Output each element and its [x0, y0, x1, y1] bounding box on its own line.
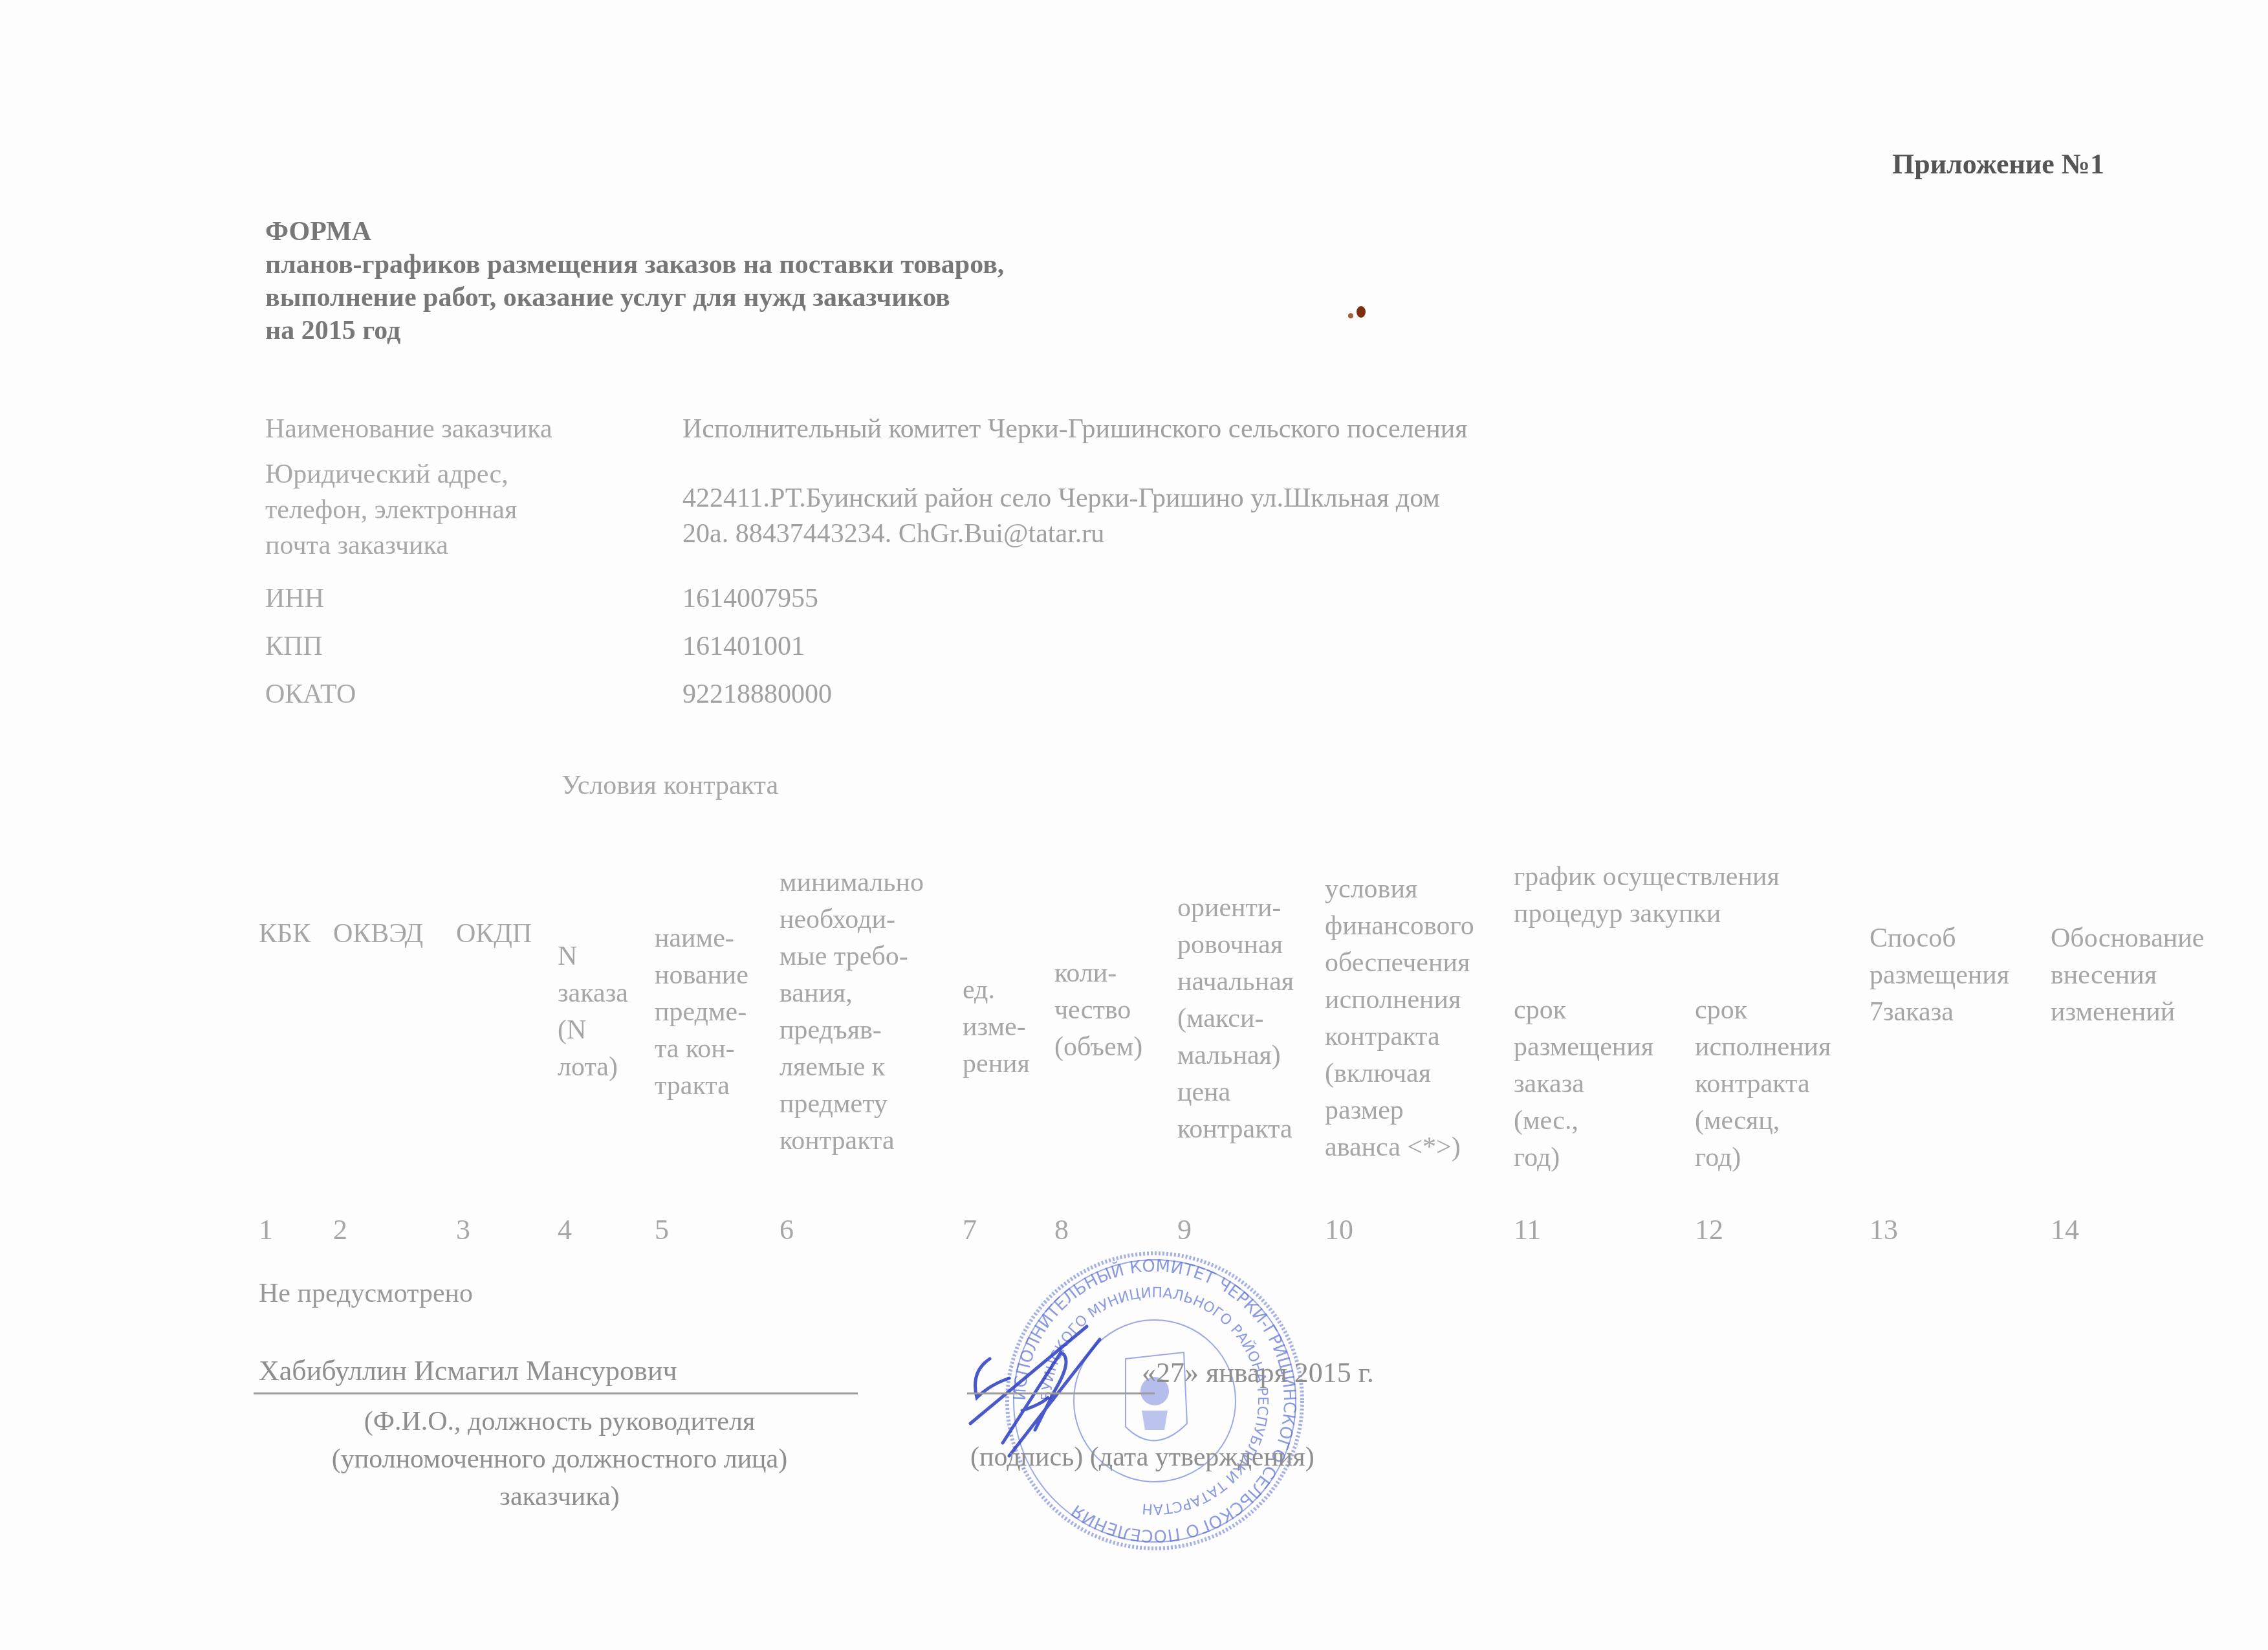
schedule-group-header-line: график осуществления — [1514, 859, 1780, 896]
date-caption: (подпись) (дата утверждения) — [970, 1442, 1314, 1473]
column-header-line: необходи- — [780, 901, 924, 938]
column-header: Nзаказа(Nлота) — [558, 938, 628, 1086]
column-header-line: ед. — [963, 972, 1030, 1009]
column-header: Способразмещения7заказа — [1870, 920, 2009, 1031]
column-header-line: (макси- — [1177, 1000, 1294, 1037]
column-header: наиме-нованиепредме-та кон-тракта — [655, 920, 748, 1105]
column-header: ориенти-ровочнаяначальная(макси-мальная)… — [1177, 890, 1294, 1148]
column-header-line: год) — [1695, 1139, 1831, 1176]
address-value-line: 422411.РТ.Буинский район село Черки-Гриш… — [682, 481, 1440, 516]
address-label: Юридический адрес, телефон, электронная … — [265, 457, 517, 564]
column-header: Обоснованиевнесенияизменений — [2051, 920, 2204, 1031]
column-header-line: размещения — [1870, 957, 2009, 994]
column-header-line: размер — [1325, 1092, 1474, 1129]
column-header-line: Способ — [1870, 920, 2009, 957]
customer-name-label: Наименование заказчика — [265, 412, 552, 447]
column-header-line: N — [558, 938, 628, 975]
column-header-line: размещения — [1514, 1029, 1653, 1066]
form-title-line: планов-графиков размещения заказов на по… — [265, 248, 1004, 281]
column-header-line: ОКВЭД — [333, 916, 423, 952]
approval-date: «27» января 2015 г. — [1142, 1356, 1374, 1389]
column-header-line: исполнения — [1695, 1029, 1831, 1066]
appendix-label: Приложение №1 — [1892, 148, 2104, 181]
column-header-line: срок — [1695, 992, 1831, 1029]
address-value: 422411.РТ.Буинский район село Черки-Гриш… — [682, 481, 1440, 552]
schedule-group-header: график осуществления процедур закупки — [1514, 859, 1780, 932]
column-header: ОКДП — [456, 916, 532, 952]
column-header: ед.изме-рения — [963, 972, 1030, 1083]
column-number: 14 — [2051, 1213, 2079, 1246]
column-number: 9 — [1177, 1213, 1192, 1246]
column-header-line: КБК — [259, 916, 311, 952]
column-header-line: (месяц, — [1695, 1103, 1831, 1139]
address-label-line: телефон, электронная — [265, 492, 517, 528]
column-header-line: условия — [1325, 871, 1474, 908]
okato-label: ОКАТО — [265, 677, 356, 712]
form-title-line: на 2015 год — [265, 314, 1004, 347]
column-header-line: предме- — [655, 994, 748, 1031]
column-header-line: (мес., — [1514, 1103, 1653, 1139]
kpp-label: КПП — [265, 629, 323, 665]
column-header: минимальнонеобходи-мые требо-вания,предъ… — [780, 864, 924, 1160]
column-header-line: предъяв- — [780, 1012, 924, 1049]
column-header: условияфинансовогообеспеченияисполненияк… — [1325, 871, 1474, 1166]
column-header-line: ориенти- — [1177, 890, 1294, 927]
column-header-line: коли- — [1054, 955, 1142, 992]
column-header-line: год) — [1514, 1139, 1653, 1176]
column-header-line: срок — [1514, 992, 1653, 1029]
okato-value: 92218880000 — [682, 677, 832, 712]
column-header-line: наиме- — [655, 920, 748, 957]
column-header-line: ОКДП — [456, 916, 532, 952]
column-header-line: изменений — [2051, 994, 2204, 1031]
column-number: 8 — [1054, 1213, 1069, 1246]
column-header: КБК — [259, 916, 311, 952]
column-header-line: рения — [963, 1046, 1030, 1083]
form-title-line: ФОРМА — [265, 215, 1004, 248]
column-header-line: внесения — [2051, 957, 2204, 994]
column-header-line: (включая — [1325, 1055, 1474, 1092]
inn-value: 1614007955 — [682, 581, 818, 617]
column-header-line: исполнения — [1325, 982, 1474, 1018]
column-header-line: (N — [558, 1012, 628, 1049]
column-number: 3 — [456, 1213, 470, 1246]
column-header-line: контракта — [1325, 1018, 1474, 1055]
column-header-line: обеспечения — [1325, 945, 1474, 982]
column-header-line: финансового — [1325, 908, 1474, 945]
column-header-line: чество — [1054, 992, 1142, 1029]
column-header-line: контракта — [1177, 1111, 1294, 1148]
signature-underline — [254, 1392, 858, 1394]
column-header: срокразмещениязаказа(мес.,год) — [1514, 992, 1653, 1176]
signature-line — [967, 1392, 1155, 1394]
column-number: 7 — [963, 1213, 977, 1246]
signatory-caption-line: заказчика) — [259, 1478, 860, 1515]
column-header-line: мые требо- — [780, 938, 924, 975]
column-header-line: та кон- — [655, 1031, 748, 1068]
schedule-group-header-line: процедур закупки — [1514, 896, 1780, 932]
column-header-line: аванса <*>) — [1325, 1129, 1474, 1166]
column-header: коли-чество(объем) — [1054, 955, 1142, 1066]
signatory-caption: (Ф.И.О., должность руководителя (уполном… — [259, 1403, 860, 1515]
kpp-value: 161401001 — [682, 629, 805, 665]
column-header-line: предмету — [780, 1086, 924, 1123]
column-header: ОКВЭД — [333, 916, 423, 952]
contract-conditions-header: Условия контракта — [562, 770, 778, 801]
column-number: 12 — [1695, 1213, 1723, 1246]
column-header-line: начальная — [1177, 963, 1294, 1000]
column-header-line: контракта — [780, 1123, 924, 1160]
column-number: 2 — [333, 1213, 347, 1246]
signatory-caption-line: (уполномоченного должностного лица) — [259, 1440, 860, 1478]
column-header-line: ляемые к — [780, 1049, 924, 1086]
column-number: 11 — [1514, 1213, 1541, 1246]
customer-name-value: Исполнительный комитет Черки-Гришинского… — [682, 412, 1467, 447]
column-number: 13 — [1870, 1213, 1898, 1246]
form-title: ФОРМА планов-графиков размещения заказов… — [265, 215, 1004, 347]
column-header-line: заказа — [558, 975, 628, 1012]
column-number: 4 — [558, 1213, 572, 1246]
column-header-line: цена — [1177, 1074, 1294, 1111]
address-label-line: почта заказчика — [265, 528, 517, 564]
column-header-line: изме- — [963, 1009, 1030, 1046]
column-header-line: Обоснование — [2051, 920, 2204, 957]
inn-label: ИНН — [265, 581, 324, 617]
column-number: 1 — [259, 1213, 273, 1246]
column-header: срокисполненияконтракта(месяц,год) — [1695, 992, 1831, 1176]
column-header-line: лота) — [558, 1049, 628, 1086]
signatory-name: Хабибуллин Исмагил Мансурович — [259, 1354, 677, 1387]
ink-stain — [1346, 304, 1371, 327]
column-header-line: (объем) — [1054, 1029, 1142, 1066]
column-header-line: контракта — [1695, 1066, 1831, 1103]
not-provided-note: Не предусмотрено — [259, 1278, 473, 1309]
column-header-line: ровочная — [1177, 927, 1294, 963]
column-header-line: минимально — [780, 864, 924, 901]
column-header-line: мальная) — [1177, 1037, 1294, 1074]
column-number: 5 — [655, 1213, 669, 1246]
address-label-line: Юридический адрес, — [265, 457, 517, 492]
column-number: 6 — [780, 1213, 794, 1246]
column-number: 10 — [1325, 1213, 1353, 1246]
signatory-caption-line: (Ф.И.О., должность руководителя — [259, 1403, 860, 1440]
column-header-line: заказа — [1514, 1066, 1653, 1103]
form-title-line: выполнение работ, оказание услуг для нуж… — [265, 281, 1004, 314]
column-header-line: нование — [655, 957, 748, 994]
column-header-line: 7заказа — [1870, 994, 2009, 1031]
column-header-line: тракта — [655, 1068, 748, 1105]
address-value-line: 20а. 88437443234. ChGr.Bui@tatar.ru — [682, 516, 1440, 552]
column-header-line: вания, — [780, 975, 924, 1012]
